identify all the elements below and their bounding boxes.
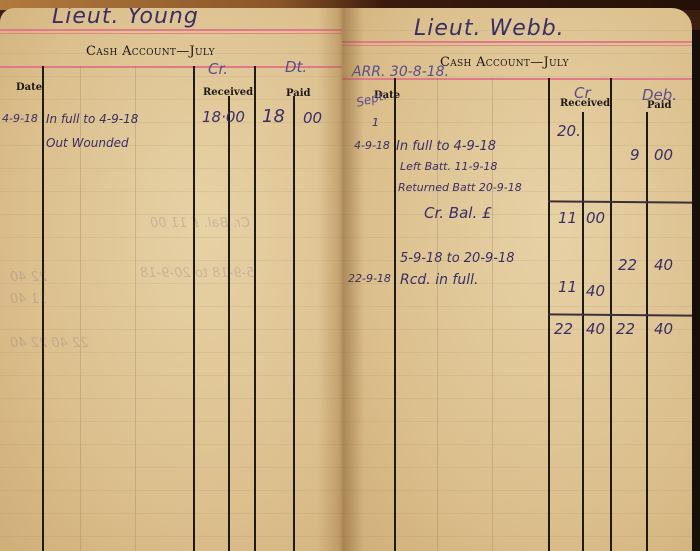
entry-received-pence: 00 (586, 209, 605, 227)
entry-received-pence: 40 (586, 282, 605, 300)
pink-rule (0, 29, 342, 31)
entry-description: In full to 4-9-18 (46, 112, 138, 126)
total-rule (548, 313, 692, 316)
subtotal-rule (548, 200, 692, 203)
entry-description: Returned Batt 20-9-18 (398, 181, 522, 194)
column-line (228, 96, 230, 551)
show-through-text: 11 40 (10, 292, 47, 307)
entry-paid-pounds: 9 (630, 146, 640, 164)
entry-description: Cr. Bal. £ (424, 204, 492, 222)
pink-rule (0, 33, 342, 34)
account-holder-name: Lieut. Webb. (414, 16, 565, 41)
column-line (193, 66, 195, 551)
show-through-text: 22 40 22 40 (10, 336, 89, 351)
show-through-text: 22 40 (10, 270, 47, 285)
entry-received-pounds: 20. (557, 122, 581, 140)
entry-received-pounds: 11 (558, 278, 577, 296)
column-line (646, 112, 648, 551)
column-header-paid: Paid (647, 100, 672, 111)
column-line (254, 66, 256, 551)
column-header-received: Received (560, 98, 610, 109)
pink-rule (342, 45, 692, 46)
show-through-text: 5-9-18 to 20-9-18 (140, 266, 255, 281)
entry-paid-pence: 00 (303, 109, 322, 127)
entry-description: Rcd. in full. (400, 272, 478, 288)
entry-description: Out Wounded (46, 136, 129, 150)
entry-date: 1 (372, 116, 379, 129)
faint-column-line (135, 66, 136, 551)
book-cover-edge (692, 30, 700, 551)
left-page: Lieut. Young Cash Account—July Cr. Dt. D… (0, 8, 342, 551)
pink-rule (342, 41, 692, 43)
column-header-paid: Paid (286, 88, 311, 99)
right-page: Lieut. Webb. Cash Account—July ARR. 30-8… (342, 8, 692, 551)
entry-date: 4-9-18 (2, 112, 38, 125)
paid-annotation: Dt. (285, 58, 307, 76)
total-paid-pence: 40 (654, 320, 673, 338)
account-holder-name: Lieut. Young (52, 8, 199, 29)
entry-date: 4-9-18 (354, 139, 390, 152)
entry-paid-pence: 40 (654, 256, 673, 274)
column-line (293, 96, 295, 551)
entry-description: In full to 4-9-18 (396, 139, 496, 154)
total-paid-pounds: 22 (616, 320, 635, 338)
entry-paid-pounds: 22 (618, 256, 637, 274)
entry-description: 5-9-18 to 20-9-18 (400, 251, 515, 266)
column-line (582, 112, 584, 551)
month-label: Sept. (355, 88, 389, 110)
total-received-pence: 40 (586, 320, 605, 338)
entry-paid-pounds: 18 (262, 106, 285, 127)
received-annotation: Cr. (208, 60, 228, 78)
entry-date: 22-9-18 (348, 272, 391, 285)
column-line (42, 66, 44, 551)
page-heading: Cash Account—July (440, 55, 569, 70)
entry-received-pounds: 11 (558, 209, 577, 227)
column-header-date: Date (16, 82, 42, 93)
entry-description: Left Batt. 11-9-18 (400, 160, 497, 173)
show-through-text: Cr. Bal. £ 11 00 (150, 216, 250, 231)
entry-paid-pence: 00 (654, 146, 673, 164)
total-received-pounds: 22 (554, 320, 573, 338)
entry-received: 18·00 (202, 108, 245, 126)
page-heading: Cash Account—July (86, 44, 215, 59)
arrival-date: ARR. 30-8-18. (352, 64, 449, 80)
